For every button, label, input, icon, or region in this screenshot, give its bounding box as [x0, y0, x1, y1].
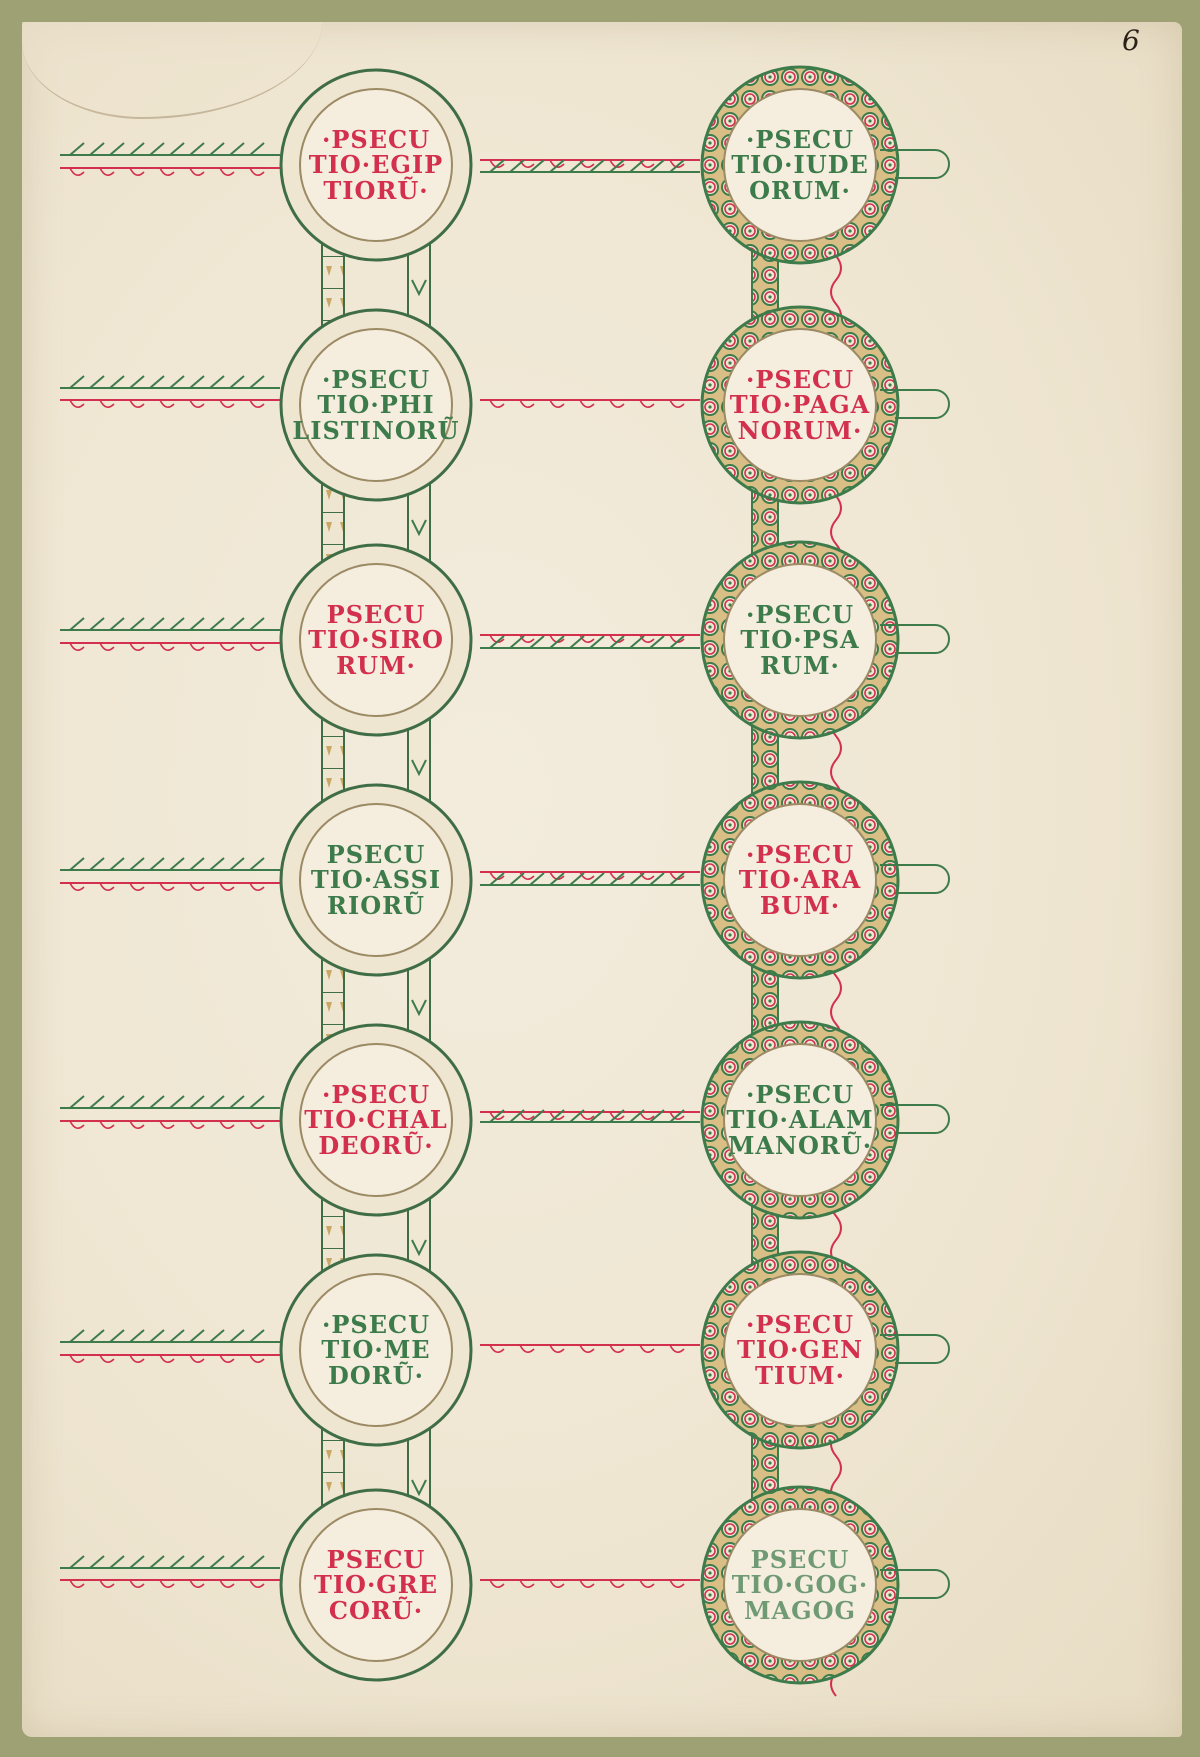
medallion-left-7: PSECU TIO·GRE CORŨ· [301, 1510, 451, 1660]
left-branches [60, 143, 280, 1587]
medallion-right-7: PSECU TIO·GOG· MAGOG [725, 1510, 875, 1660]
medallion-left-3: PSECU TIO·SIRO RUM· [301, 565, 451, 715]
medallion-right-6: ·PSECU TIO·GEN TIUM· [725, 1275, 875, 1425]
medallion-left-5: ·PSECU TIO·CHAL DEORŨ· [301, 1045, 451, 1195]
middle-branches [480, 160, 700, 1587]
medallion-right-3: ·PSECU TIO·PSA RUM· [725, 565, 875, 715]
medallion-right-1: ·PSECU TIO·IUDE ORUM· [725, 90, 875, 240]
medallion-left-1: ·PSECU TIO·EGIP TIORŨ· [301, 90, 451, 240]
medallion-right-4: ·PSECU TIO·ARA BUM· [725, 805, 875, 955]
medallion-right-2: ·PSECU TIO·PAGA NORUM· [725, 330, 875, 480]
medallion-left-2: ·PSECU TIO·PHI LISTINORŨ [301, 330, 451, 480]
medallion-left-4: PSECU TIO·ASSI RIORŨ [301, 805, 451, 955]
medallion-left-6: ·PSECU TIO·ME DORŨ· [301, 1275, 451, 1425]
persecution-diagram [0, 0, 1200, 1757]
medallion-right-5: ·PSECU TIO·ALAM MANORŨ· [725, 1045, 875, 1195]
